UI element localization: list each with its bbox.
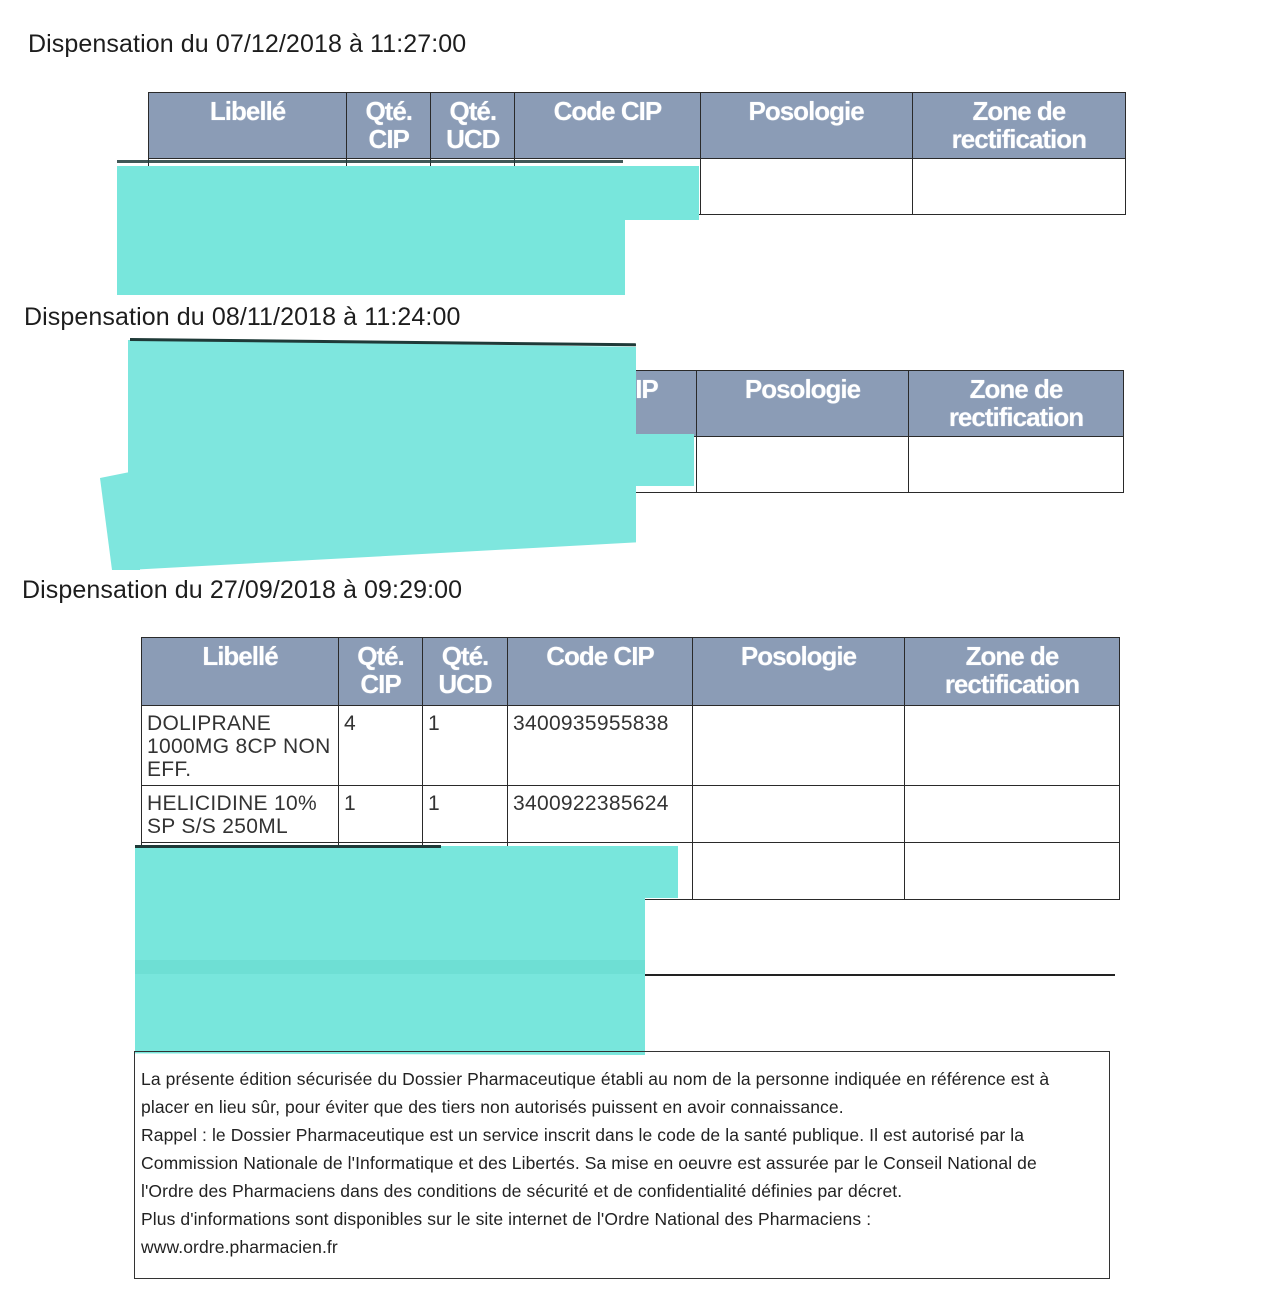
legal-line-6: Plus d'informations sont disponibles sur… [141,1205,1099,1233]
redaction-patch-3a [135,846,678,898]
header-zone-rectification: Zone de rectification [905,638,1120,706]
cell-qte-cip: 4 [339,706,423,786]
redaction-edge-3 [135,845,441,848]
redaction-patch-2c [100,470,140,570]
cell-libelle: HELICIDINE 10% SP S/S 250ML [142,786,339,843]
cell-rectification[interactable] [905,786,1120,843]
header-posologie: Posologie [697,371,909,437]
legal-line-1: La présente édition sécurisée du Dossier… [141,1065,1099,1093]
rule-line-1 [645,974,1115,976]
table-header-row: Libellé Qté. CIP Qté. UCD Code CIP Posol… [142,638,1120,706]
legal-line-3: Rappel : le Dossier Pharmaceutique est u… [141,1121,1099,1149]
header-zone-rectification: Zone de rectification [912,93,1125,159]
table-row: HELICIDINE 10% SP S/S 250ML 1 1 34009223… [142,786,1120,843]
header-qte-ucd: Qté. UCD [431,93,515,159]
dispensation-title-2: Dispensation du 08/11/2018 à 11:24:00 [24,303,460,332]
table-header-row: Libellé Qté. CIP Qté. UCD Code CIP Posol… [149,93,1126,159]
header-code-cip: Code CIP [515,93,700,159]
website-link[interactable]: www.ordre.pharmacien.fr [141,1233,1099,1261]
cell-posologie[interactable] [700,159,912,215]
dispensation-title-1: Dispensation du 07/12/2018 à 11:27:00 [28,30,466,59]
header-qte-cip: Qté. CIP [339,638,423,706]
redaction-patch-1b [117,215,625,295]
cell-qte-ucd: 1 [423,706,508,786]
redaction-patch-1a [117,166,699,220]
cell-qte-cip: 1 [339,786,423,843]
cell-qte-ucd: 1 [423,786,508,843]
table-row: DOLIPRANE 1000MG 8CP NON EFF. 4 1 340093… [142,706,1120,786]
redaction-fold [135,960,645,974]
redaction-edge-1 [117,160,623,163]
redaction-patch-2a [128,340,636,570]
cell-libelle: DOLIPRANE 1000MG 8CP NON EFF. [142,706,339,786]
cell-posologie[interactable] [693,843,905,900]
header-libelle: Libellé [149,93,347,159]
cell-code-cip: 3400935955838 [508,706,693,786]
legal-line-4: Commission Nationale de l'Informatique e… [141,1149,1099,1177]
header-code-cip: Code CIP [508,638,693,706]
header-zone-rectification: Zone de rectification [909,371,1124,437]
dispensation-title-3: Dispensation du 27/09/2018 à 09:29:00 [22,576,462,605]
cell-posologie[interactable] [693,706,905,786]
header-posologie: Posologie [693,638,905,706]
legal-line-2: placer en lieu sûr, pour éviter que des … [141,1093,1099,1121]
header-qte-ucd: Qté. UCD [423,638,508,706]
cell-rectification[interactable] [912,159,1125,215]
legal-line-5: l'Ordre des Pharmaciens dans des conditi… [141,1177,1099,1205]
header-qte-cip: Qté. CIP [347,93,431,159]
cell-code-cip: 3400922385624 [508,786,693,843]
redaction-patch-2b [630,434,694,486]
cell-posologie[interactable] [697,437,909,493]
header-libelle: Libellé [142,638,339,706]
cell-posologie[interactable] [693,786,905,843]
redaction-patch-3b [135,895,645,1055]
cell-rectification[interactable] [909,437,1124,493]
header-posologie: Posologie [700,93,912,159]
legal-notice-box: La présente édition sécurisée du Dossier… [134,1051,1110,1279]
cell-rectification[interactable] [905,843,1120,900]
cell-rectification[interactable] [905,706,1120,786]
